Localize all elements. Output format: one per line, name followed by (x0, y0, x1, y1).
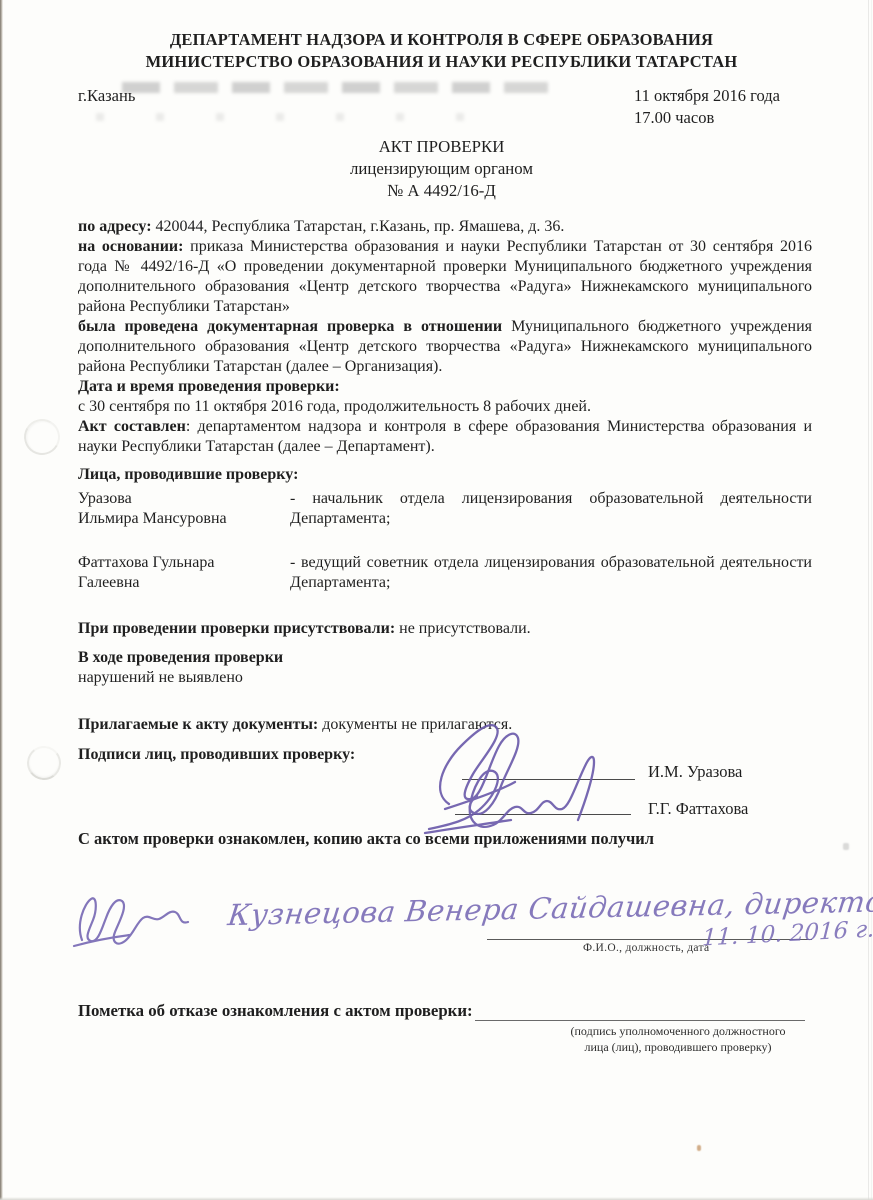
erased-text-artifact (96, 113, 466, 121)
refusal-blank-line (475, 1004, 805, 1021)
present-label: При проведении проверки присутствовали: (78, 620, 395, 637)
punch-hole-icon (20, 415, 64, 459)
present-text: не присутствовали. (399, 620, 531, 637)
inspector-role: - ведущий советник отдела лицензирования… (290, 553, 812, 593)
inspector-signatures-ink (415, 712, 725, 847)
director-signature-ink (66, 888, 206, 954)
refusal-caption: (подпись уполномоченного должностного ли… (560, 1023, 796, 1055)
title-line3: № А 4492/16-Д (70, 180, 813, 202)
attachments-label: Прилагаемые к акту документы: (78, 716, 318, 733)
date-time-block: 11 октября 2016 года 17.00 часов (634, 85, 780, 129)
inspector-name: Уразова Ильмира Мансуровна (78, 489, 290, 529)
document-title: АКТ ПРОВЕРКИ лицензирующим органом № А 4… (70, 136, 813, 202)
title-line1: АКТ ПРОВЕРКИ (70, 136, 813, 158)
present-paragraph: При проведении проверки присутствовали: … (78, 619, 812, 639)
basis-label: на основании: (78, 238, 183, 255)
course-text: нарушений не выявлено (78, 668, 812, 688)
org-header: ДЕПАРТАМЕНТ НАДЗОРА И КОНТРОЛЯ В СФЕРЕ О… (70, 29, 813, 72)
course-heading: В ходе проведения проверки (78, 648, 812, 668)
scan-right-edge (868, 0, 869, 1200)
conducted-paragraph: была проведена документарная проверка в … (78, 317, 812, 377)
inspector-row: Фаттахова Гульнара Галеевна - ведущий со… (78, 553, 812, 593)
scanned-inspection-act: ДЕПАРТАМЕНТ НАДЗОРА И КОНТРОЛЯ В СФЕРЕ О… (0, 0, 873, 1200)
inspectors-heading: Лица, проводившие проверку: (78, 465, 812, 485)
address-label: по адресу: (78, 218, 152, 235)
scan-left-edge (0, 0, 3, 1200)
inspector-role: - начальник отдела лицензирования образо… (290, 489, 812, 529)
address-text: 420044, Республика Татарстан, г.Казань, … (156, 218, 565, 235)
duration-text: с 30 сентября по 11 октября 2016 года, п… (78, 397, 812, 417)
title-line2: лицензирующим органом (70, 158, 813, 180)
scan-right-edge-2 (871, 0, 872, 1200)
conducted-label: была проведена документарная проверка в … (78, 318, 502, 335)
acknowledgement-statement: С актом проверки ознакомлен, копию акта … (78, 829, 654, 849)
composed-label: Акт составлен (78, 418, 186, 435)
refusal-note-row: Пометка об отказе ознакомления с актом п… (78, 1001, 805, 1021)
punch-hole-icon (25, 744, 63, 782)
basis-paragraph: на основании: приказа Министерства образ… (78, 237, 812, 317)
composed-text: : департаментом надзора и контроля в сфе… (78, 418, 812, 455)
inspector-row: Уразова Ильмира Мансуровна - начальник о… (78, 489, 812, 529)
composed-paragraph: Акт составлен: департаментом надзора и к… (78, 417, 812, 457)
org-line2: МИНИСТЕРСТВО ОБРАЗОВАНИЯ И НАУКИ РЕСПУБЛ… (70, 51, 813, 73)
basis-text: приказа Министерства образования и науки… (78, 238, 812, 315)
org-line1: ДЕПАРТАМЕНТ НАДЗОРА И КОНТРОЛЯ В СФЕРЕ О… (70, 29, 813, 51)
date-label: 11 октября 2016 года (634, 85, 780, 107)
fio-caption: Ф.И.О., должность, дата (583, 942, 709, 954)
place-label: г.Казань (78, 86, 135, 106)
inspector-name: Фаттахова Гульнара Галеевна (78, 553, 290, 593)
scan-speck (697, 1145, 701, 1151)
refusal-label: Пометка об отказе ознакомления с актом п… (78, 1001, 473, 1021)
datetime-heading: Дата и время проведения проверки: (78, 377, 812, 397)
time-label: 17.00 часов (634, 107, 780, 129)
document-body: по адресу: 420044, Республика Татарстан,… (78, 217, 812, 765)
scan-speck (843, 843, 849, 850)
erased-text-artifact (122, 82, 560, 93)
address-paragraph: по адресу: 420044, Республика Татарстан,… (78, 217, 812, 237)
